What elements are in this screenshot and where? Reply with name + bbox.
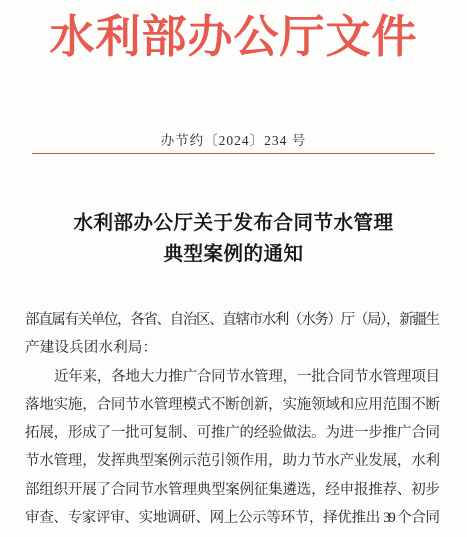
body-text-line: 产建设兵团水利局： xyxy=(25,334,438,362)
body-text-line: 部组织开展了合同节水管理典型案例征集遴选，经申报推荐、初步 xyxy=(25,476,438,504)
document-page: 水利部办公厅文件 办节约〔2024〕234 号 水利部办公厅关于发布合同节水管理… xyxy=(0,0,467,537)
document-header-title: 水利部办公厅文件 xyxy=(0,0,467,66)
notice-title-line-1: 水利部办公厅关于发布合同节水管理 xyxy=(0,208,467,239)
notice-title-line-2: 典型案例的通知 xyxy=(0,239,467,270)
red-divider-line xyxy=(32,153,435,154)
body-text-line: 拓展，形成了一批可复制、可推广的经验做法。为进一步推广合同 xyxy=(25,419,438,447)
document-number: 办节约〔2024〕234 号 xyxy=(0,131,467,151)
notice-title: 水利部办公厅关于发布合同节水管理 典型案例的通知 xyxy=(0,208,467,270)
body-text-line: 审查、专家评审、实地调研、网上公示等环节，择优推出 39 个合同 xyxy=(25,504,438,532)
body-text-line: 节水管理，发挥典型案例示范引领作用，助力节水产业发展，水利 xyxy=(25,447,438,475)
body-text-line: 部直属有关单位，各省、自治区、直辖市水利（水务）厅（局），新疆生 xyxy=(25,306,438,334)
body-text-line: 近年来，各地大力推广合同节水管理，一批合同节水管理项目 xyxy=(25,363,438,391)
document-body: 部直属有关单位，各省、自治区、直辖市水利（水务）厅（局），新疆生 产建设兵团水利… xyxy=(25,306,438,532)
body-text-line: 落地实施，合同节水管理模式不断创新，实施领域和应用范围不断 xyxy=(25,391,438,419)
